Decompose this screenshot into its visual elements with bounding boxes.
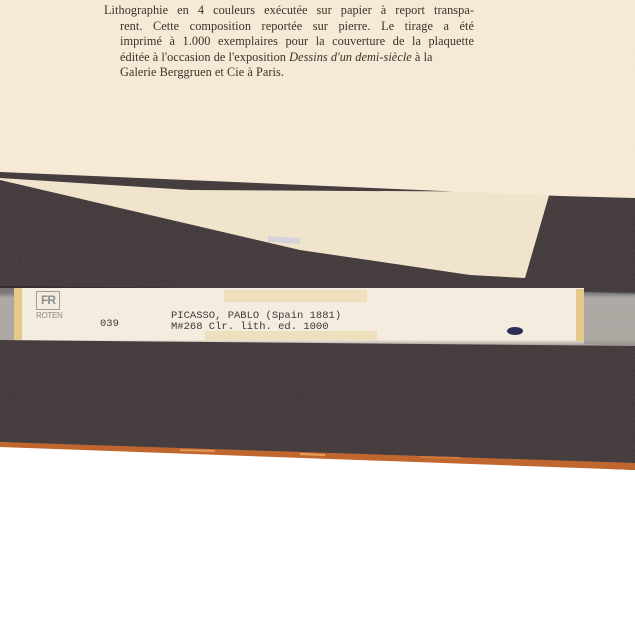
caption-line-2: rent. Cette composition reportée sur pie… [104,19,474,35]
exhibition-title: Dessins d'un demi-siècle [289,50,412,64]
item-number: 039 [100,318,119,330]
roten-logo: FR ROTEN [36,291,62,321]
caption-line-1: Lithographie en 4 couleurs exécutée sur … [104,3,474,19]
tape-top [224,290,367,302]
ink-mark [507,327,523,335]
caption-line-5: Galerie Berggruen et Cie à Paris. [104,65,474,81]
caption-line-4: éditée à l'occasion de l'exposition Dess… [104,50,474,66]
logo-name: ROTEN [36,311,62,320]
caption-line-3: imprimé à 1.000 exemplaires pour la couv… [104,34,474,50]
logo-mark: FR [36,291,60,310]
catalogue-text: Lithographie en 4 couleurs exécutée sur … [104,3,474,81]
photo-scene: Lithographie en 4 couleurs exécutée sur … [0,0,635,635]
label-line-2: M#268 Clr. lith. ed. 1000 [171,321,329,333]
